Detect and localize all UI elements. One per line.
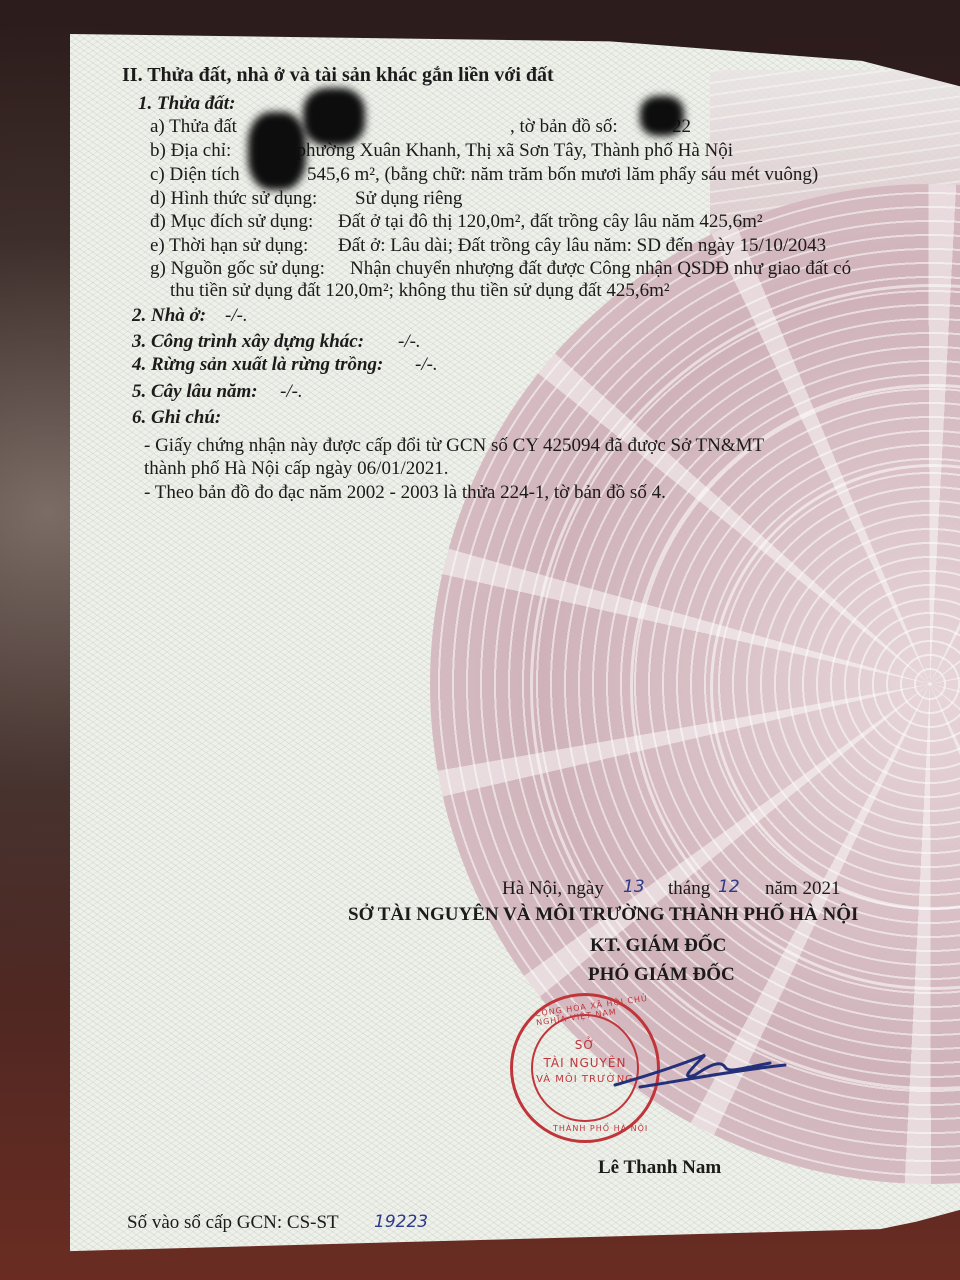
usage-term-value: Đất ở: Lâu dài; Đất trồng cây lâu năm: S…: [338, 235, 826, 257]
redaction-mark: [303, 88, 365, 146]
other-works-heading: 3. Công trình xây dựng khác:: [132, 331, 364, 353]
handwritten-month: 12: [718, 876, 740, 898]
section-heading: II. Thửa đất, nhà ở và tài sản khác gắn …: [122, 64, 554, 86]
signer-name: Lê Thanh Nam: [598, 1157, 721, 1179]
issuing-authority: SỞ TÀI NGUYÊN VÀ MÔI TRƯỜNG THÀNH PHỐ HÀ…: [348, 904, 858, 926]
date-prefix: Hà Nội, ngày: [502, 878, 604, 900]
handwritten-registry-number: 19223: [374, 1211, 428, 1233]
usage-form-label: d) Hình thức sử dụng:: [150, 188, 317, 210]
notes-line-3: - Theo bản đồ đo đạc năm 2002 - 2003 là …: [144, 482, 666, 504]
redaction-mark: [248, 112, 306, 190]
redaction-mark: [640, 96, 684, 136]
notes-line-2: thành phố Hà Nội cấp ngày 06/01/2021.: [144, 458, 448, 480]
usage-origin-value-line2: thu tiền sử dụng đất 120,0m²; không thu …: [170, 280, 670, 302]
usage-form-value: Sử dụng riêng: [355, 188, 462, 210]
production-forest-value: -/-.: [415, 354, 438, 376]
usage-term-label: e) Thời hạn sử dụng:: [150, 235, 308, 257]
signature-icon: [610, 1045, 790, 1095]
month-label: tháng: [668, 878, 710, 900]
map-sheet-label: , tờ bản đồ số:: [510, 116, 618, 138]
usage-purpose-value: Đất ở tại đô thị 120,0m², đất trồng cây …: [338, 211, 763, 233]
land-parcel-heading: 1. Thửa đất:: [138, 93, 235, 115]
usage-origin-label: g) Nguồn gốc sử dụng:: [150, 258, 325, 280]
house-value: -/-.: [225, 305, 248, 327]
address-label: b) Địa chỉ:: [150, 140, 231, 162]
other-works-value: -/-.: [398, 331, 421, 353]
year-label: năm 2021: [765, 878, 840, 900]
deputy-director-title: PHÓ GIÁM ĐỐC: [588, 964, 735, 986]
notes-heading: 6. Ghi chú:: [132, 407, 221, 429]
stamp-ring-bottom: THÀNH PHỐ HÀ NỘI: [553, 1124, 648, 1133]
perennial-trees-heading: 5. Cây lâu năm:: [132, 381, 258, 403]
notes-line-1: - Giấy chứng nhận này được cấp đổi từ GC…: [144, 435, 764, 457]
area-label: c) Diện tích: [150, 164, 240, 186]
area-value: 545,6 m², (bằng chữ: năm trăm bốn mươi l…: [307, 164, 818, 186]
house-heading: 2. Nhà ở:: [132, 305, 206, 327]
usage-purpose-label: đ) Mục đích sử dụng:: [150, 211, 313, 233]
document-content: II. Thửa đất, nhà ở và tài sản khác gắn …: [0, 0, 960, 1280]
handwritten-day: 13: [623, 876, 645, 898]
perennial-trees-value: -/-.: [280, 381, 303, 403]
parcel-number-label: a) Thửa đất: [150, 116, 237, 138]
on-behalf-title: KT. GIÁM ĐỐC: [590, 935, 726, 957]
production-forest-heading: 4. Rừng sản xuất là rừng trồng:: [132, 354, 383, 376]
usage-origin-value-line1: Nhận chuyển nhượng đất được Công nhận QS…: [350, 258, 851, 280]
registry-label: Số vào sổ cấp GCN: CS-ST: [127, 1212, 339, 1234]
